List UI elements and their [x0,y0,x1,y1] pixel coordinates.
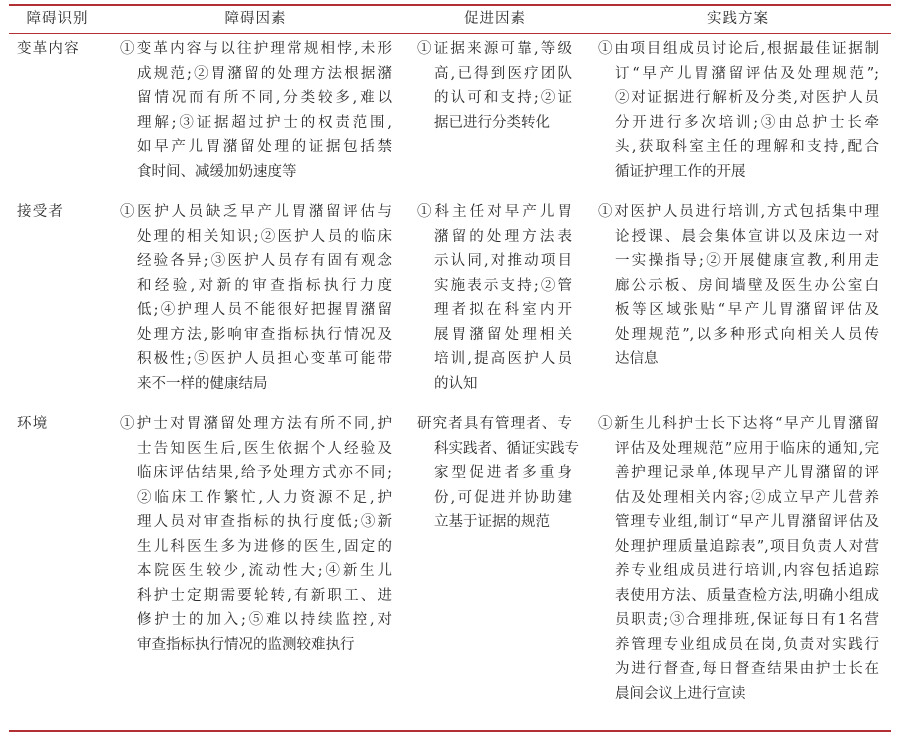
text-line: 员职责;③合理排班,保证每日有1名营 [598,608,879,633]
text-line: ①护士对胃潴留处理方法有所不同,护 [120,412,392,437]
text-line: 据已进行分类转化 [417,111,572,136]
text-line: 善护理记录单,体现早产儿胃潴留的评 [598,461,879,486]
cell-facilitating-factors: ①科主任对早产儿胃潴留的处理方法表示认同,对推动项目实施表示支持;②管理者拟在科… [405,197,585,409]
text-line: 家型促进者多重身 [417,461,572,486]
text-line: 科护士定期需要轮转,有新职工、进 [120,584,392,609]
cell-facilitating-factors: ①证据来源可靠,等级高,已得到医疗团队的认可和支持;②证据已进行分类转化 [405,34,585,197]
text-line: 处理规范”,以多种形式向相关人员传 [598,323,879,348]
text-line: 生儿科医生多为进修的医生,固定的 [120,535,392,560]
text-line: 表使用方法、质量查检方法,明确小组成 [598,584,879,609]
text-line: 食时间、减缓加奶速度等 [120,160,392,185]
text-line: 积极性;⑤医护人员担心变革可能带 [120,347,392,372]
text-line: ②临床工作繁忙,人力资源不足,护 [120,486,392,511]
text-line: ①对医护人员进行培训,方式包括集中理 [598,200,879,225]
header-barrier-factors: 障碍因素 [106,4,405,34]
text-line: 潴留的处理方法表 [417,225,572,250]
text-line: 论授课、晨会集体宣讲以及床边一对 [598,225,879,250]
cell-barrier-identification: 变革内容 [9,34,106,197]
text-line: 临床评估结果,给予处理方式亦不同; [120,461,392,486]
cell-practice-plan: ①对医护人员进行培训,方式包括集中理论授课、晨会集体宣讲以及床边一对一实操指导;… [585,197,891,409]
text-line: ①科主任对早产儿胃 [417,200,572,225]
text-line: 为进行督查,每日督查结果由护士长在 [598,657,879,682]
text-line: 理者拟在科室内开 [417,298,572,323]
text-line: 高,已得到医疗团队 [417,62,572,87]
barrier-analysis-table: 障碍识别 障碍因素 促进因素 实践方案 变革内容 ①变革内容与以往护理常规相悖,… [9,4,891,732]
text-line: 本院医生较少,流动性大;④新生儿 [120,559,392,584]
text-line: 理人员对审查指标的执行度低;③新 [120,510,392,535]
text-line: ①新生儿科护士长下达将“早产儿胃潴留 [598,412,879,437]
text-line: 处理护理质量追踪表”,项目负责人对营 [598,535,879,560]
text-line: 低;④护理人员不能很好把握胃潴留 [120,298,392,323]
header-barrier-identification: 障碍识别 [9,4,106,34]
text-line: 养专业组成员进行培训,内容包括追踪 [598,559,879,584]
text-line: 士告知医生后,医生依据个人经验及 [120,437,392,462]
text-line: ②对证据进行解析及分类,对医护人员 [598,86,879,111]
text-line: 成规范;②胃潴留的处理方法根据潴 [120,62,392,87]
text-line: 留情况而有所不同,分类较多,难以 [120,86,392,111]
text-line: 份,可促进并协助建 [417,486,572,511]
cell-practice-plan: ①由项目组成员讨论后,根据最佳证据制订“早产儿胃潴留评估及处理规范”;②对证据进… [585,34,891,197]
text-line: ①由项目组成员讨论后,根据最佳证据制 [598,37,879,62]
text-line: 晨间会议上进行宣读 [598,682,879,707]
header-practice-plan: 实践方案 [585,4,891,34]
text-line: 板等区域张贴“早产儿胃潴留评估及 [598,298,879,323]
header-row: 障碍识别 障碍因素 促进因素 实践方案 [9,4,891,34]
text-line: 一实操指导;②开展健康宣教,利用走 [598,249,879,274]
text-line: 分开进行多次培训;③由总护士长牵 [598,111,879,136]
text-line: 廊公示板、房间墙壁及医生办公室白 [598,274,879,299]
text-line: 管理专业组,制订“早产儿胃潴留评估及 [598,510,879,535]
text-line: 实施表示支持;②管 [417,274,572,299]
text-line: 处理的相关知识;②医护人员的临床 [120,225,392,250]
text-line: 修护士的加入;⑤难以持续监控,对 [120,608,392,633]
text-line: ①变革内容与以往护理常规相悖,未形 [120,37,392,62]
table-row: 接受者 ①医护人员缺乏早产儿胃潴留评估与处理的相关知识;②医护人员的临床经验各异… [9,197,891,409]
text-line: 头,获取科室主任的理解和支持,配合 [598,135,879,160]
text-line: 评估及处理规范”应用于临床的通知,完 [598,437,879,462]
text-line: 估及处理相关内容;②成立早产儿营养 [598,486,879,511]
cell-practice-plan: ①新生儿科护士长下达将“早产儿胃潴留评估及处理规范”应用于临床的通知,完善护理记… [585,409,891,732]
text-line: 如早产儿胃潴留处理的证据包括禁 [120,135,392,160]
text-line: 立基于证据的规范 [417,510,572,535]
text-line: 养管理专业组成员在岗,负责对实践行 [598,633,879,658]
text-line: 订“早产儿胃潴留评估及处理规范”; [598,62,879,87]
table-header: 障碍识别 障碍因素 促进因素 实践方案 [9,4,891,34]
text-line: 处理方法,影响审查指标执行情况及 [120,323,392,348]
text-line: ①证据来源可靠,等级 [417,37,572,62]
text-line: 来不一样的健康结局 [120,372,392,397]
table-row: 环境 ①护士对胃潴留处理方法有所不同,护士告知医生后,医生依据个人经验及临床评估… [9,409,891,732]
cell-barrier-factors: ①变革内容与以往护理常规相悖,未形成规范;②胃潴留的处理方法根据潴留情况而有所不… [106,34,405,197]
text-line: 达信息 [598,347,879,372]
table-body: 变革内容 ①变革内容与以往护理常规相悖,未形成规范;②胃潴留的处理方法根据潴留情… [9,34,891,732]
cell-barrier-identification: 环境 [9,409,106,732]
text-line: 展胃潴留处理相关 [417,323,572,348]
text-line: 和经验,对新的审查指标执行力度 [120,274,392,299]
cell-barrier-identification: 接受者 [9,197,106,409]
cell-facilitating-factors: 研究者具有管理者、专科实践者、循证实践专家型促进者多重身份,可促进并协助建立基于… [405,409,585,732]
text-line: 示认同,对推动项目 [417,249,572,274]
text-line: ①医护人员缺乏早产儿胃潴留评估与 [120,200,392,225]
text-line: 的认知 [417,372,572,397]
text-line: 的认可和支持;②证 [417,86,572,111]
cell-barrier-factors: ①医护人员缺乏早产儿胃潴留评估与处理的相关知识;②医护人员的临床经验各异;③医护… [106,197,405,409]
text-line: 培训,提高医护人员 [417,347,572,372]
text-line: 经验各异;③医护人员存有固有观念 [120,249,392,274]
text-line: 循证护理工作的开展 [598,160,879,185]
text-line: 理解;③证据超过护士的权责范围, [120,111,392,136]
header-facilitating-factors: 促进因素 [405,4,585,34]
text-line: 科实践者、循证实践专 [417,437,572,462]
text-line: 审查指标执行情况的监测较难执行 [120,633,392,658]
table-row: 变革内容 ①变革内容与以往护理常规相悖,未形成规范;②胃潴留的处理方法根据潴留情… [9,34,891,197]
cell-barrier-factors: ①护士对胃潴留处理方法有所不同,护士告知医生后,医生依据个人经验及临床评估结果,… [106,409,405,732]
text-line: 研究者具有管理者、专 [417,412,572,437]
